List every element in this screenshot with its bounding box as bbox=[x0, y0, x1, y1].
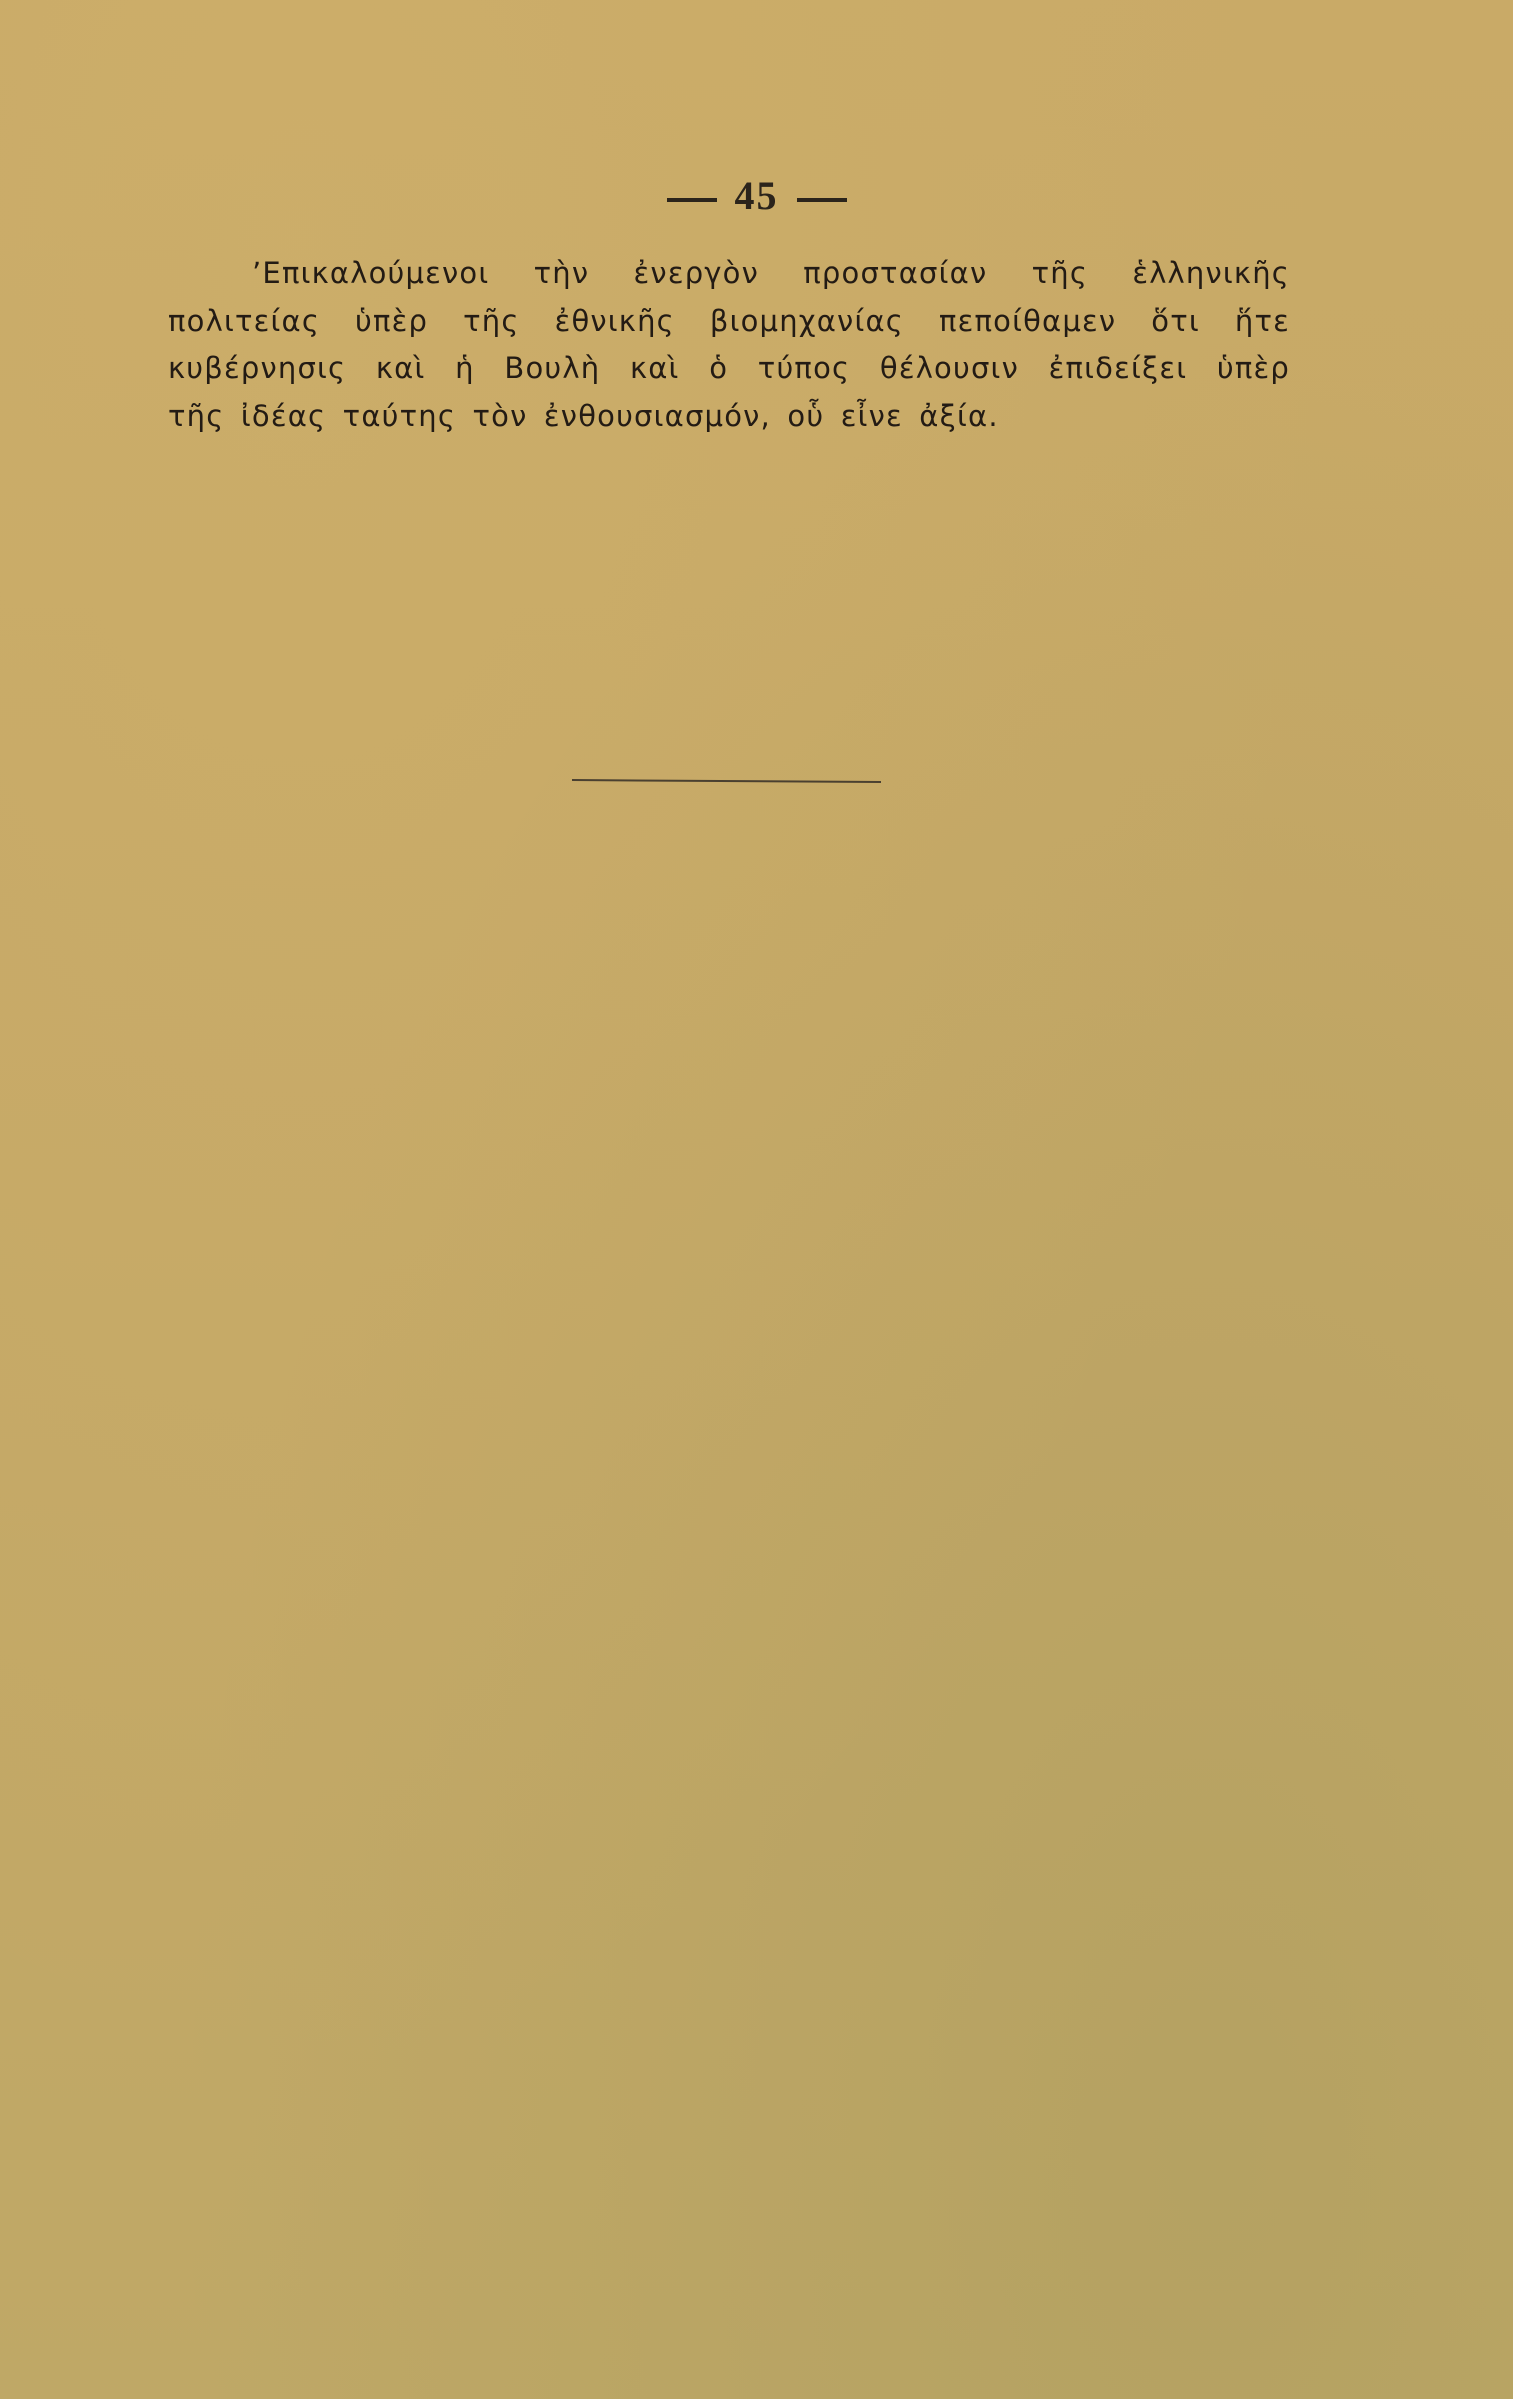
page-number-dash-right bbox=[797, 198, 847, 202]
paragraph-line: τῆς ἰδέας ταύτης τὸν ἐνθουσιασμόν, οὗ εἶ… bbox=[168, 393, 1290, 441]
paragraph-line: κυβέρνησις καὶ ἡ Βουλὴ καὶ ὁ τύπος θέλου… bbox=[168, 345, 1290, 393]
page-number-value: 45 bbox=[735, 173, 779, 218]
page-number-dash-left bbox=[667, 198, 717, 202]
paragraph-line: πολιτείας ὑπὲρ τῆς ἐθνικῆς βιομηχανίας π… bbox=[168, 298, 1290, 346]
body-paragraph: ’Επικαλούμενοι τὴν ἐνεργὸν προστασίαν τῆ… bbox=[168, 250, 1290, 440]
page-number: 45 bbox=[0, 172, 1513, 219]
paragraph-line: ’Επικαλούμενοι τὴν ἐνεργὸν προστασίαν τῆ… bbox=[168, 250, 1290, 298]
section-end-rule bbox=[572, 779, 881, 783]
